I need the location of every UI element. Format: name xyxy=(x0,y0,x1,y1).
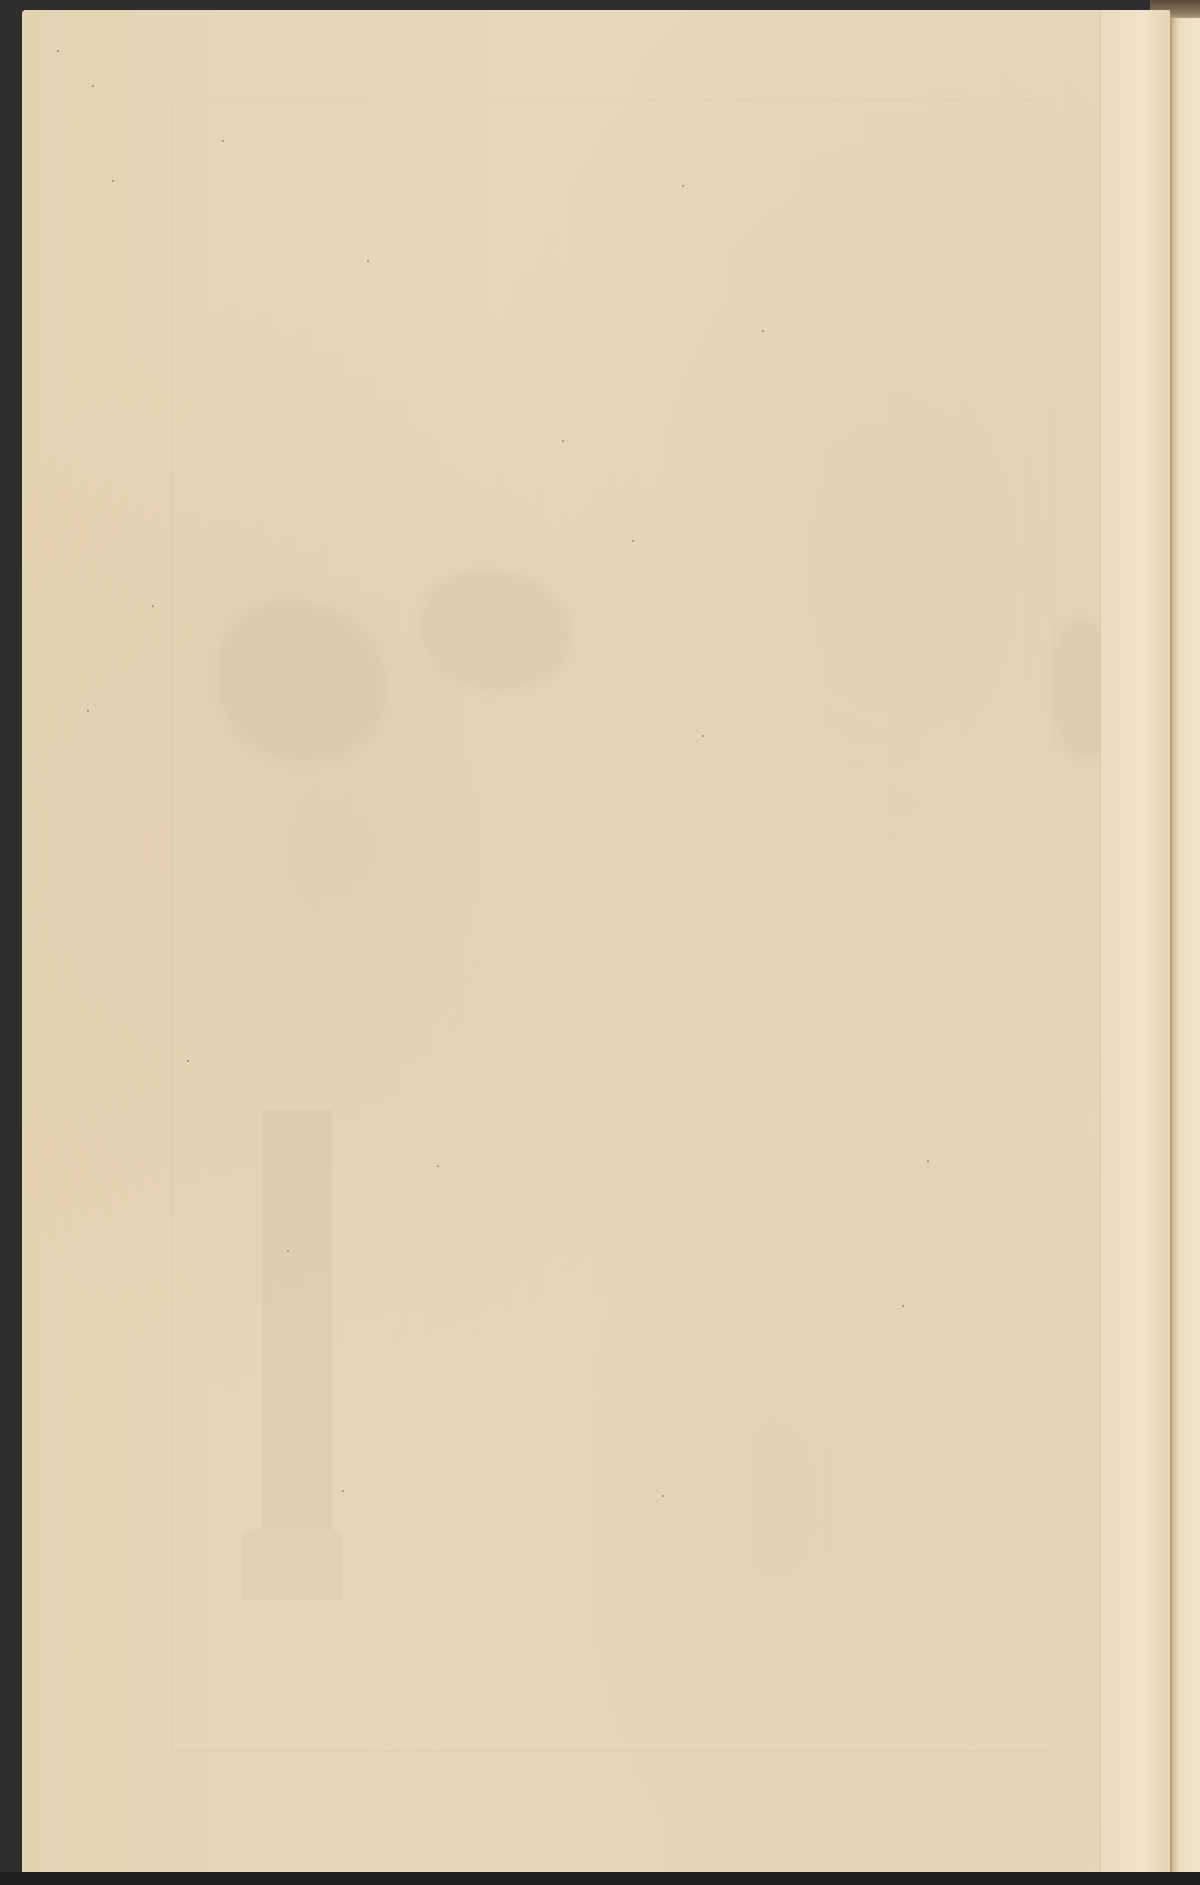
paper-speck xyxy=(87,710,89,712)
paper-speck xyxy=(152,605,154,607)
show-through-bar xyxy=(262,1110,332,1530)
paper-speck xyxy=(342,1490,344,1492)
paper-speck xyxy=(287,1250,289,1252)
paper-speck xyxy=(632,540,634,542)
paper-speck xyxy=(92,85,94,87)
paper-speck xyxy=(187,1060,189,1062)
paper-speck xyxy=(562,440,564,442)
page-surface xyxy=(22,10,1100,1872)
paper-speck xyxy=(57,50,59,52)
page-gutter-fold xyxy=(1100,10,1170,1872)
paper-speck xyxy=(662,1495,664,1497)
paper-speck xyxy=(437,1165,439,1167)
paper-speck xyxy=(902,1305,904,1307)
paper-speck xyxy=(222,140,224,142)
paper-speck xyxy=(367,260,369,262)
paper-speck xyxy=(682,185,684,187)
scan-bottom-shadow xyxy=(0,1872,1200,1885)
paper-speck xyxy=(112,180,114,182)
book-page xyxy=(22,10,1170,1872)
paper-speck xyxy=(927,1160,929,1162)
scan-canvas xyxy=(0,0,1200,1885)
adjacent-page-edge xyxy=(1170,18,1200,1872)
paper-speck xyxy=(762,330,764,332)
paper-speck xyxy=(702,735,704,737)
show-through-block xyxy=(242,1530,342,1600)
